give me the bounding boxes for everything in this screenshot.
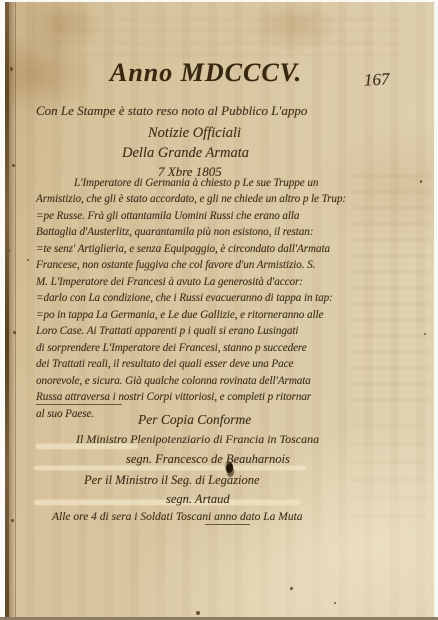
body-line: onorevole, e sicura. Già qualche colonna… (36, 375, 311, 392)
underline-russa-attraversa (36, 404, 122, 405)
page-title: Anno MDCCCV. (110, 58, 302, 88)
body-line: =po in tappa La Germania, e Le due Galli… (36, 309, 323, 326)
closing-minister-title: Il Ministro Plenipotenziario di Francia … (76, 432, 319, 447)
bleedthrough-texture-right (352, 175, 430, 410)
body-line: =te senz' Artiglieria, e senza Equipaggi… (36, 243, 330, 260)
signature-artaud: segn. Artaud (166, 492, 230, 507)
body-line: =darlo con La condizione, che i Russi ev… (36, 292, 333, 309)
scan-edge-left (0, 0, 5, 620)
page-fold-line (15, 0, 16, 620)
body-line: Battaglia d'Austerlitz, quarantamila più… (36, 226, 313, 243)
book-binding-edge (5, 0, 9, 620)
manuscript-page: 167 Anno MDCCCV. Con Le Stampe è stato r… (0, 0, 438, 620)
closing-copia-conforme: Per Copia Conforme (138, 412, 251, 428)
closing-secretary-title: Per il Ministro il Seg. di Legazione (84, 473, 260, 488)
body-line: Loro Case. Ai Trattati apparenti p i qua… (36, 325, 298, 342)
ink-blot (226, 463, 233, 473)
scan-edge-right (434, 0, 438, 620)
body-line: al suo Paese. (36, 408, 94, 425)
closing-note-line: Alle ore 4 di sera i Soldati Toscani ann… (52, 511, 303, 523)
bleedthrough-texture-right-lower (352, 425, 427, 520)
header-line: Della Grande Armata (122, 145, 249, 162)
body-line: M. L'Imperatore dei Francesi à avuto La … (36, 276, 303, 293)
body-line: Russa attraversa i nostri Corpi vittorio… (36, 391, 311, 408)
body-line: L'Imperatore di Germania à chiesto p Le … (74, 177, 318, 194)
body-line: di sorprendere L'Imperatore dei Francesi… (36, 342, 307, 359)
body-line: dei Trattati reali, il resultato dei qua… (36, 358, 293, 375)
signature-beauharnois: segn. Francesco de Beauharnois (126, 452, 290, 467)
body-line: Francese, non ostante fuggiva che col fa… (36, 259, 315, 276)
header-line: Con Le Stampe è stato reso noto al Pubbl… (36, 103, 307, 119)
body-line: =pe Russe. Frà gli ottantamila Uomini Ru… (36, 210, 299, 227)
body-line: Armistizio, che gli è stato accordato, e… (36, 193, 346, 210)
underline-toscani (205, 524, 250, 525)
header-line: Notizie Officiali (148, 125, 241, 142)
scan-edge-top (0, 0, 438, 2)
folio-number: 167 (363, 69, 390, 90)
